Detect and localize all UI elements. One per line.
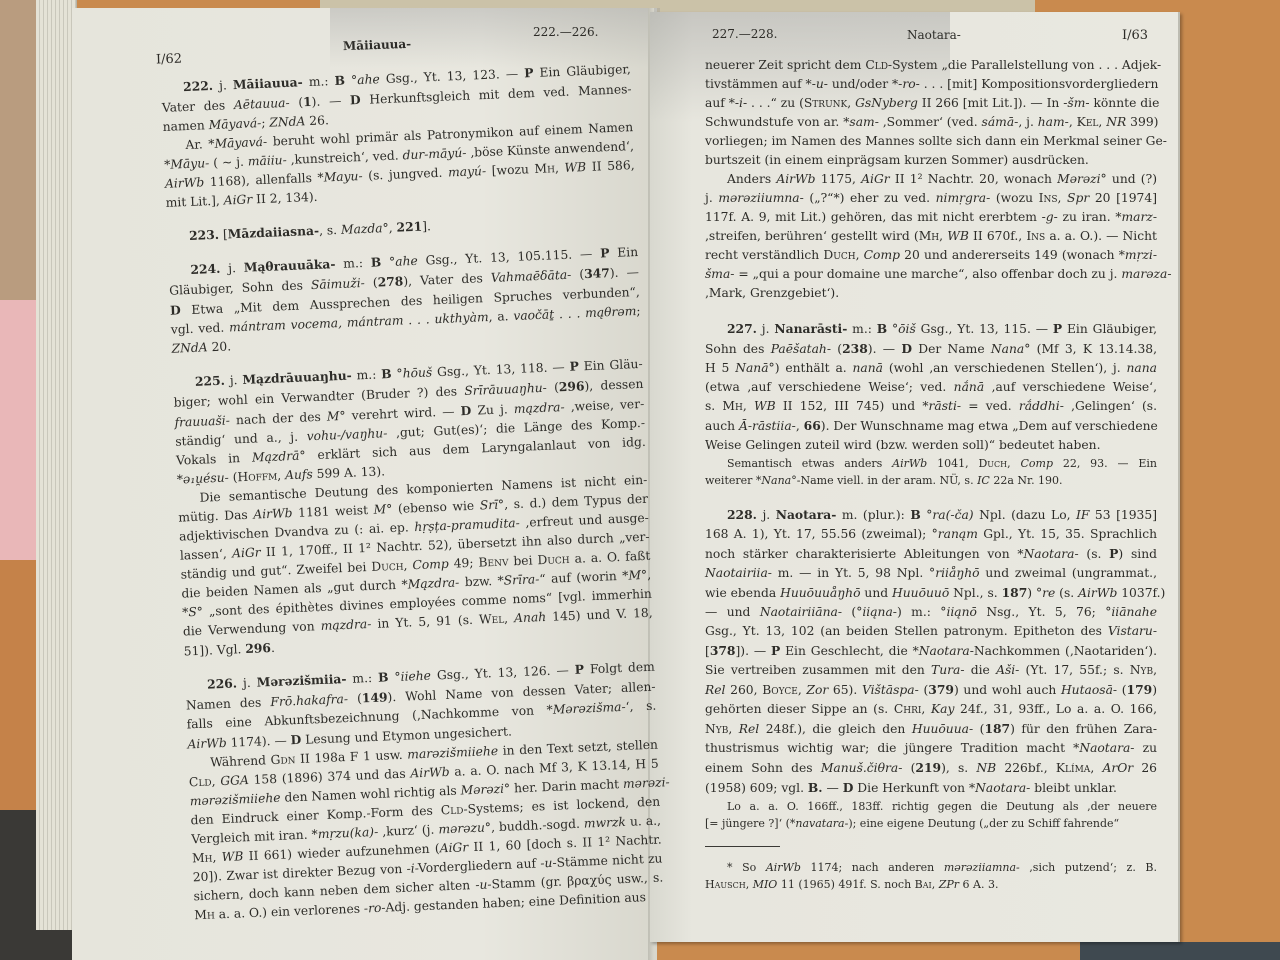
text-run: m.:: [351, 367, 381, 382]
italic-run: rāsti-: [928, 399, 961, 413]
text-run: [= jüngere ?]‘ (*: [705, 817, 795, 830]
italic-run: Huuōuuåŋhō: [780, 586, 860, 600]
italic-run: mərəzu°: [438, 820, 491, 836]
italic-run: nana: [1126, 361, 1157, 375]
text-run: (: [1117, 683, 1126, 697]
text-run: , s. d.) dem Typus der: [504, 492, 648, 512]
text-line: auf *-i- . . .“ zu (Strunk, GsNyberg II …: [705, 94, 1157, 113]
text-run: (Mf 3, K 13.14.38,: [1030, 342, 1157, 356]
text-run: und zweimal (ungrammat.,: [980, 566, 1157, 580]
italic-run: NB: [976, 761, 996, 775]
bold-run: 378: [710, 643, 736, 658]
text-run: , buddh.-sogd.: [491, 817, 584, 835]
text-run: u. a.,: [626, 814, 662, 829]
text-run: Ein Geschlecht, die *: [780, 644, 919, 658]
italic-run: Naotara: [919, 644, 970, 658]
italic-run: Naotairiiāna-: [760, 605, 842, 619]
bold-run: 179: [1127, 682, 1153, 697]
bold-run: 187: [1002, 585, 1028, 600]
text-run: 1181 weist: [292, 503, 374, 520]
text-run: vorliegen; im Namen des Mannes sollte si…: [705, 134, 1167, 148]
text-run: noch stärker charakterisierte Ableitunge…: [705, 547, 1024, 561]
bold-run: D: [460, 403, 471, 418]
text-run: mütig. Das: [178, 508, 254, 525]
small-caps-run: Nyb: [1130, 663, 1153, 677]
text-run: ,: [212, 850, 222, 864]
bold-run: P: [1053, 321, 1062, 336]
text-run: und (?): [1107, 172, 1157, 186]
text-run: - zu iran. *: [1054, 210, 1122, 224]
dictionary-entry-226: 226. j. Mərəzišmiia- m.: B °iiehe Gsg., …: [185, 657, 665, 926]
text-run: a. a. O. faßt: [569, 549, 650, 566]
text-run: 145) und V. 18,: [546, 606, 653, 624]
italic-run: Nanā°: [735, 361, 775, 375]
bold-run: P: [771, 643, 780, 658]
italic-run: Aši-: [996, 663, 1019, 677]
text-run: ), dessen: [584, 377, 643, 393]
small-caps-run: Wel: [479, 612, 505, 627]
text-run: 117f. A. 9, mit Lit.) gehören, das mit n…: [705, 210, 1046, 224]
text-line: (1958) 609; vgl. B. — D Die Herkunft von…: [705, 778, 1157, 798]
text-run: H 5: [705, 361, 735, 375]
text-run: °: [391, 367, 403, 381]
text-run: -Vordergliedern auf -: [414, 856, 544, 875]
italic-run: māiiu-: [248, 153, 287, 169]
text-run: ‚sich putzend‘; z. B.: [1020, 861, 1157, 874]
text-line: 228. j. Naotara- m. (plur.): B °ra(-ča) …: [705, 505, 1157, 525]
small-caps-run: Hoffm: [237, 469, 277, 485]
italic-run: ə₁u̯ésu-: [183, 471, 229, 487]
italic-run: Rel: [705, 683, 725, 697]
text-run: Gsg., Yt. 13, 126. —: [431, 663, 575, 683]
italic-run: WB: [754, 399, 776, 413]
italic-run: GGA: [220, 773, 249, 788]
small-caps-run: Mh: [534, 161, 555, 176]
italic-run: mərəziiamna-: [944, 861, 1020, 874]
text-run: 260,: [725, 683, 762, 697]
text-run: (: [902, 761, 915, 775]
italic-run: frauuaši-: [174, 413, 230, 429]
continuation-text: neuerer Zeit spricht dem Cld-System „die…: [705, 56, 1157, 303]
italic-run: AirWb: [892, 457, 927, 470]
text-run: °: [381, 255, 396, 270]
text-line: Nyb, Rel 248f.), die gleich den Huuōuua-…: [705, 719, 1157, 739]
small-caps-run: Kel: [1077, 115, 1099, 129]
text-run: auf *-: [705, 96, 739, 110]
text-run: Schwundstufe von ar. *: [705, 115, 849, 129]
italic-run: ahe: [357, 72, 380, 87]
text-run: — und: [705, 605, 760, 619]
text-run: Der Name: [912, 342, 991, 356]
text-run: ,: [647, 568, 651, 582]
text-run: 399): [1126, 115, 1158, 129]
bold-run: 278: [377, 273, 403, 289]
bold-run: 296: [559, 378, 585, 394]
text-run: m.:: [335, 256, 371, 271]
italic-run: Mązdrā°: [252, 448, 306, 464]
italic-run: šma-: [705, 267, 734, 281]
italic-run: marəza-: [1121, 267, 1171, 281]
text-run: ;: [636, 304, 641, 318]
text-run: ,: [932, 878, 939, 891]
text-run: ]). —: [735, 644, 771, 658]
small-caps-run: Mh: [722, 399, 742, 413]
dictionary-entry-227: 227. j. Nanarāsti- m.: B °ōiš Gsg., Yt. …: [705, 319, 1157, 489]
italic-run: Ā-rāstiia-: [739, 419, 796, 433]
small-caps-run: Mh: [919, 229, 939, 243]
text-run: (: [831, 342, 842, 356]
bold-run: 347: [584, 265, 610, 281]
small-caps-run: Cld: [865, 58, 888, 72]
bold-run: Māzdaiiasna-: [227, 223, 319, 242]
text-line: 117f. A. 9, mit Lit.) gehören, das mit n…: [705, 208, 1157, 227]
right-entry-range: 227.—228.: [712, 27, 777, 41]
text-run: Vokals in: [176, 451, 252, 468]
bold-run: 228.: [727, 507, 757, 522]
italic-run: ham-: [1038, 115, 1069, 129]
text-line: vorliegen; im Namen des Mannes sollte si…: [705, 132, 1157, 151]
italic-run: Tura-: [931, 663, 965, 677]
left-entry-range: 222.—226.: [533, 25, 598, 39]
italic-run: Comp: [864, 248, 900, 262]
text-run: ‚Sommer‘ (ved.: [879, 115, 982, 129]
italic-run: Srīrāuuaŋhu-: [464, 381, 547, 398]
text-run: verehrt wird. —: [345, 404, 461, 423]
text-line: [378]). — P Ein Geschlecht, die *Naotara…: [705, 641, 1157, 661]
italic-run: vaočāṯ . . . mąθrəm: [513, 304, 637, 323]
text-line: 168 A. 1), Yt. 17, 55.56 (zweimal); °ran…: [705, 525, 1157, 544]
italic-run: ro: [368, 901, 382, 916]
text-run: Vergleich mit iran. *: [191, 827, 318, 846]
text-line: weiterer *Nana°-Name viell. in der aram.…: [705, 472, 1157, 489]
small-caps-run: Strunk: [804, 96, 847, 110]
text-run: * So: [727, 861, 766, 874]
text-run: ) und wohl auch: [954, 683, 1061, 697]
right-running-head: Naotara-: [907, 28, 961, 42]
italic-run: MIO: [753, 878, 778, 891]
italic-run: Kay: [931, 702, 954, 716]
bold-run: B.: [808, 780, 823, 795]
text-run: ,: [921, 702, 931, 716]
italic-run: mərəzišmiiehe: [189, 791, 280, 809]
italic-run: Sāimuži-: [311, 276, 365, 292]
bold-run: Mąθrauuāka-: [243, 256, 335, 275]
text-line: ‚streifen, berühren‘ gestellt wird (Mh, …: [705, 227, 1157, 246]
text-run: 65).: [828, 683, 862, 697]
text-run: bzw. *: [459, 574, 504, 590]
italic-run: Zor: [806, 683, 828, 697]
text-run: Gsg., Yt. 13, 102 (an beiden Stellen pat…: [705, 624, 1108, 638]
text-run: ) °: [1027, 586, 1042, 600]
text-run: Semantisch etwas anders: [727, 457, 892, 470]
small-caps-run: Benv: [478, 554, 509, 569]
italic-run: riiåŋhō: [935, 566, 979, 580]
text-line: Schwundstufe von ar. *sam- ‚Sommer‘ (ved…: [705, 113, 1157, 132]
text-run: (etwa ‚auf verschiedene Weise‘; ved.: [705, 380, 954, 394]
text-run: (: [289, 95, 303, 110]
text-run: ) m.: °: [897, 605, 946, 619]
text-line: Semantisch etwas anders AirWb 1041, Duch…: [705, 455, 1157, 472]
footnote: * So AirWb 1174; nach anderen mərəziiamn…: [705, 859, 1157, 893]
text-run: einem Sohn des: [705, 761, 821, 775]
text-run: j.: [705, 191, 718, 205]
bold-run: D: [901, 341, 912, 356]
footnote-rule: [705, 846, 780, 847]
italic-run: ZPr: [939, 878, 959, 891]
bold-run: B: [381, 366, 392, 381]
text-run: ,: [856, 248, 864, 262]
text-run: die: [965, 663, 997, 677]
bold-run: D: [170, 302, 181, 317]
text-run: (s.: [1055, 586, 1078, 600]
italic-run: S°: [188, 605, 203, 620]
text-run: Ein: [609, 245, 638, 260]
small-caps-run: Duch: [978, 457, 1007, 470]
text-run: 168 A. 1), Yt. 17, 55.56 (zweimal); °: [705, 527, 938, 541]
bold-run: Māiiauua-: [233, 74, 303, 92]
bold-run: 219: [915, 760, 941, 775]
text-run: m. — in Yt. 5, 98 Npl. °: [772, 566, 935, 580]
text-run: Gsg., Yt. 13, 115. —: [916, 322, 1053, 336]
text-run: ); eine eigene Deutung („der zu Schiff f…: [848, 817, 1119, 830]
text-run: -Stämme nicht zu: [552, 851, 663, 869]
text-run: II 1² Nachtr. 20, wonach: [890, 172, 1057, 186]
text-run: ,: [796, 419, 804, 433]
text-line: Sohn des Paēšatah- (238). — D Der Name N…: [705, 339, 1157, 359]
text-line: tivstämmen auf *-u- und/oder *-ro- . . .…: [705, 75, 1157, 94]
italic-run: mayú-: [448, 164, 487, 180]
text-run: Gläubiger, Sohn des: [169, 278, 311, 298]
italic-run: WB: [564, 160, 586, 175]
text-line: Lo a. a. O. 166ff., 183ff. richtig gegen…: [705, 798, 1157, 815]
text-run: 1174). —: [226, 733, 291, 750]
text-run: Folgt dem: [584, 660, 655, 677]
italic-run: iiąnō: [946, 605, 977, 619]
italic-run: Naotara-: [1079, 741, 1134, 755]
text-run: ].: [422, 219, 431, 233]
italic-run: Anah: [514, 610, 547, 625]
italic-run: nimṛgra-: [936, 191, 991, 205]
text-run: ). —: [610, 265, 640, 280]
italic-run: vohu-/vaŋhu-: [306, 426, 387, 443]
text-run: s.: [705, 399, 722, 413]
italic-run: AirWb: [1078, 586, 1117, 600]
bold-run: 187: [984, 721, 1010, 736]
text-run: j.: [225, 373, 243, 388]
bold-run: 224.: [190, 261, 221, 277]
text-run: °: [921, 508, 933, 522]
text-run: 51]). Vgl.: [183, 642, 245, 658]
small-caps-run: Boyce: [762, 683, 798, 697]
italic-run: re: [1042, 586, 1055, 600]
text-run: 26: [1133, 761, 1157, 775]
text-run: -Name viell. in der aram. NÜ, s.: [797, 474, 977, 487]
italic-run: rắddhi-: [1019, 399, 1064, 413]
italic-run: AirWb: [766, 861, 801, 874]
text-line: Anders AirWb 1175, AiGr II 1² Nachtr. 20…: [705, 170, 1157, 189]
italic-run: M°: [628, 568, 647, 583]
italic-run: Huuōuuō: [892, 586, 949, 600]
small-caps-run: Klíma: [1056, 761, 1090, 775]
italic-run: iiehe: [400, 669, 431, 684]
text-run: thustrismus wichtig war; die jüngere Tra…: [705, 741, 1079, 755]
text-run: her. Darin macht: [510, 777, 623, 796]
bold-run: Mązdrāuuaŋhu-: [242, 368, 352, 387]
italic-run: mṛzu(ka)-: [317, 825, 378, 841]
italic-run: Mązdra-: [407, 575, 459, 591]
text-line: Naotairiia- m. — in Yt. 5, 98 Npl. °riiå…: [705, 564, 1157, 583]
bold-run: 223.: [189, 227, 220, 243]
text-run: m. (plur.):: [836, 508, 910, 522]
text-run: Ein Gläubiger,: [1062, 322, 1157, 336]
small-caps-run: Duch: [537, 552, 570, 567]
italic-run: u: [816, 77, 824, 91]
text-run: (°: [842, 605, 862, 619]
text-run: 11 (1965) 491f. S. noch: [777, 878, 914, 891]
italic-run: Comp: [412, 557, 449, 572]
text-run: recht verständlich: [705, 248, 823, 262]
italic-run: nanā: [853, 361, 884, 375]
italic-run: Vahmaēδāta-: [491, 268, 572, 285]
text-run: °: [388, 670, 401, 684]
small-caps-run: Mh: [192, 851, 213, 866]
text-run: (wozu: [990, 191, 1038, 205]
text-run: Ar. *: [185, 137, 215, 152]
text-run: 1168), allenfalls *: [204, 171, 324, 190]
italic-run: ra(-ča): [932, 508, 973, 522]
spacer: [705, 489, 1157, 505]
text-line: s. Mh, WB II 152, III 745) und *rāsti- =…: [705, 397, 1157, 416]
text-line: auch Ā-rāstiia-, 66). Der Wunschname mag…: [705, 416, 1157, 436]
italic-run: Nana°: [991, 342, 1031, 356]
text-run: ) für den frühen Zara-: [1010, 722, 1157, 736]
text-run: ). —: [868, 342, 902, 356]
text-line: gehörten dieser Sippe an (s. Chri, Kay 2…: [705, 700, 1157, 719]
text-run: Namen des: [186, 695, 271, 712]
bold-run: 66: [804, 418, 821, 433]
text-run: Weise Gelingen zuteil wird (bzw. werden …: [705, 438, 1101, 452]
text-run: j.: [237, 676, 257, 691]
dictionary-entry-228: 228. j. Naotara- m. (plur.): B °ra(-ča) …: [705, 505, 1157, 832]
text-run: Während: [210, 753, 271, 769]
small-caps-run: Duch: [371, 559, 404, 574]
italic-run: Rel: [739, 722, 759, 736]
italic-run: Spr: [1067, 191, 1089, 205]
text-run: 1037f.): [1117, 586, 1165, 600]
text-run: ‚auf verschiedene Weise‘,: [984, 380, 1157, 394]
text-run: ,: [847, 96, 855, 110]
text-run: ,: [1090, 761, 1102, 775]
text-run: 1174; nach anderen: [801, 861, 944, 874]
italic-run: hōuš: [402, 365, 432, 380]
bold-run: Mərəzišmiia-: [256, 671, 346, 690]
bold-run: Naotara-: [776, 507, 837, 522]
dictionary-entry-222: 222. j. Māiiauua- m.: B °ahe Gsg., Yt. 1…: [161, 59, 636, 213]
text-run: II 152, III 745) und *: [776, 399, 929, 413]
text-run: , j.: [1018, 115, 1037, 129]
text-run: zu: [1134, 741, 1157, 755]
text-run: ( ~ j.: [209, 155, 248, 171]
italic-run: AiGr: [232, 545, 261, 560]
text-run: 226bf.,: [996, 761, 1056, 775]
small-caps-run: Chri: [894, 702, 922, 716]
italic-run: šm: [1067, 96, 1085, 110]
text-line: einem Sohn des Manuš.čiθra- (219), s. NB…: [705, 758, 1157, 778]
bold-run: 238: [842, 341, 868, 356]
text-run: ‘, s.: [625, 699, 656, 714]
italic-run: AirWb: [776, 172, 815, 186]
text-run: Gsg., Yt. 13, 118. —: [432, 360, 570, 380]
text-line: Weise Gelingen zuteil wird (bzw. werden …: [705, 436, 1157, 455]
text-run: gehörten dieser Sippe an (s.: [705, 702, 894, 716]
text-run: in Yt. 5, 91 (s.: [371, 613, 479, 631]
text-run: Gpl., Yt. 15, 35. Sprachlich: [978, 527, 1157, 541]
text-run: Vater des: [162, 98, 235, 115]
text-run: (: [919, 683, 928, 697]
small-caps-run: Bai: [915, 878, 932, 891]
italic-run: Naotairiia-: [705, 566, 772, 580]
text-run: Ein Gläu-: [579, 357, 643, 374]
text-run: j.: [757, 508, 776, 522]
text-line: 227. j. Nanarāsti- m.: B °ōiš Gsg., Yt. …: [705, 319, 1157, 339]
text-run: (: [348, 691, 362, 706]
italic-run: IC: [977, 474, 990, 487]
text-run: (1958) 609; vgl.: [705, 781, 808, 795]
italic-run: AirWb: [165, 175, 205, 191]
small-caps-run: Duch: [823, 248, 855, 262]
text-run: .: [271, 641, 275, 655]
text-run: ,: [746, 878, 753, 891]
italic-run: sam-: [849, 115, 878, 129]
text-run: („?“*) eher zu ved.: [804, 191, 936, 205]
text-run: Lo a. a. O. 166ff., 183ff. richtig gegen…: [727, 800, 1157, 813]
text-run: 20.: [207, 339, 231, 354]
text-run: (: [571, 267, 584, 282]
text-run: ‚weise, ver-: [564, 397, 644, 414]
italic-run: Aētauua-: [234, 96, 290, 112]
text-run: (ebenso wie: [392, 499, 480, 517]
text-run: = ved.: [961, 399, 1019, 413]
text-run: ‚Gelingen‘ (s.: [1064, 399, 1157, 413]
text-run: ,: [555, 161, 565, 175]
bold-run: D: [843, 780, 854, 795]
italic-run: Srīra-: [503, 572, 539, 587]
italic-run: WB: [947, 229, 969, 243]
italic-run: NR: [1106, 115, 1126, 129]
italic-run: marz-: [1121, 210, 1157, 224]
text-run: 20 [1974]: [1089, 191, 1157, 205]
text-run: -System „die Parallelstellung von . . . …: [888, 58, 1161, 72]
italic-run: nắnā: [954, 380, 985, 394]
text-line: * So AirWb 1174; nach anderen mərəziiamn…: [705, 859, 1157, 876]
text-run: Die Herkunft von *: [853, 781, 975, 795]
bold-run: B: [334, 73, 345, 88]
text-run: a. a. O.). — Nicht: [1045, 229, 1157, 243]
text-run: j.: [220, 261, 244, 276]
small-caps-run: Ins: [1039, 191, 1058, 205]
text-line: thustrismus wichtig war; die jüngere Tra…: [705, 739, 1157, 758]
bold-run: 221: [396, 219, 422, 235]
text-run: °: [345, 73, 358, 87]
text-line: recht verständlich Duch, Comp 20 und and…: [705, 246, 1157, 265]
italic-run: g: [1046, 210, 1054, 224]
italic-run: mərəzi-: [623, 775, 670, 791]
italic-run: Frō.hakafra-: [270, 692, 348, 709]
text-run: ) sind: [1118, 547, 1157, 561]
text-run: Sohn des: [705, 342, 771, 356]
text-run: (s.: [1079, 547, 1110, 561]
text-run: ), Vater des: [403, 271, 491, 289]
